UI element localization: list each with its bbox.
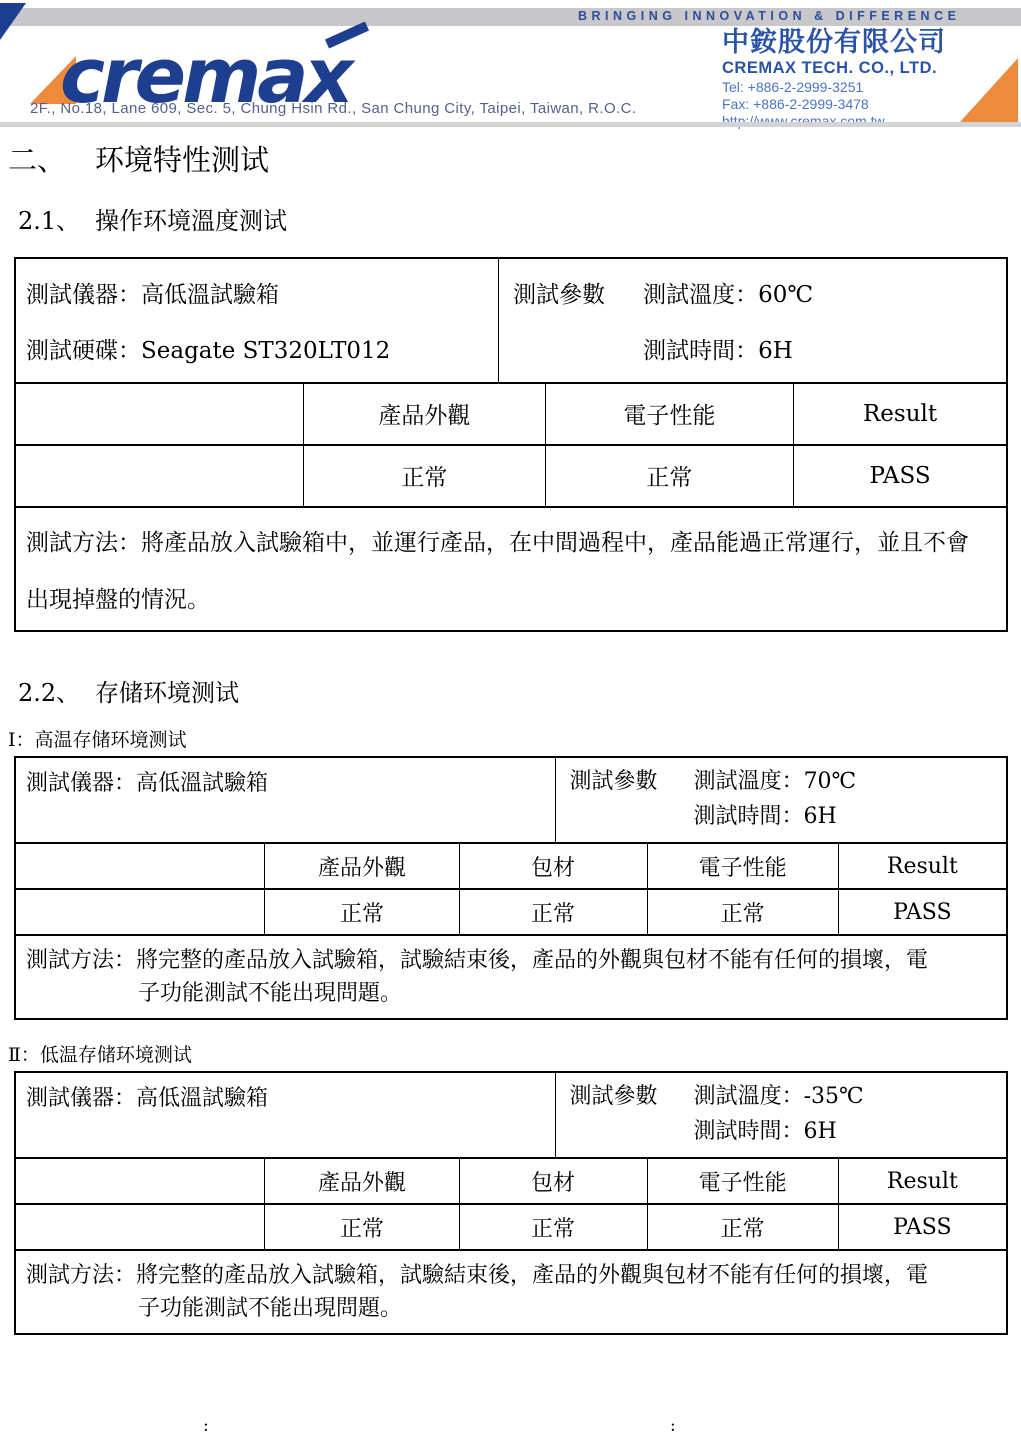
column-header: 產品外觀 <box>303 384 545 444</box>
spacer <box>658 1079 694 1114</box>
low-temp-storage-test-table: 測試儀器：高低溫試驗箱 測試參數 測試溫度：-35℃ 測試時間：6H 產品外觀 … <box>14 1071 1008 1335</box>
column-header: Result <box>793 384 1006 444</box>
table-result-row: 正常 正常 PASS <box>16 444 1006 506</box>
empty-cell <box>16 446 303 506</box>
footer-colon-mark: : <box>203 1416 209 1436</box>
result-value: 正常 <box>647 890 838 934</box>
table-result-row: 正常 正常 正常 PASS <box>16 888 1006 934</box>
test-instrument: 測試儀器：高低溫試驗箱 <box>26 766 547 797</box>
instrument-cell: 測試儀器：高低溫試驗箱 <box>16 758 555 842</box>
table-header-row: 產品外觀 包材 電子性能 Result <box>16 842 1006 888</box>
company-tel: Tel: +886-2-2999-3251 <box>722 79 946 95</box>
result-value: PASS <box>838 1205 1006 1249</box>
test-method-cell: 測試方法：將產品放入試驗箱中，並運行產品，在中間過程中，產品能過正常運行，並且不… <box>16 506 1006 630</box>
header-orange-triangle <box>960 58 1018 122</box>
company-fax: Fax: +886-2-2999-3478 <box>722 96 946 112</box>
letterhead: BRINGING INNOVATION & DIFFERENCE cremax … <box>0 0 1021 128</box>
result-value: 正常 <box>264 890 458 934</box>
subsection-low-temp-storage: Ⅱ：低温存储环境测试 <box>8 1040 1008 1067</box>
method-line: 測試方法：將產品放入試驗箱中，並運行產品，在中間過程中，產品能過正常運行，並且不… <box>26 524 996 557</box>
column-header: 產品外觀 <box>264 844 458 888</box>
empty-cell <box>16 1159 264 1203</box>
test-params-cell: 測試參數 測試溫度：70℃ 測試時間：6H <box>555 758 1006 842</box>
spacer <box>605 276 643 309</box>
test-params-cell: 測試參數 測試溫度：-35℃ 測試時間：6H <box>555 1073 1006 1157</box>
spacer <box>658 764 694 799</box>
table-row: 測試儀器：高低溫試驗箱 測試硬碟：Seagate ST320LT012 測試參數… <box>16 259 1006 382</box>
test-instrument: 測試儀器：高低溫試驗箱 <box>26 276 490 309</box>
table-header-row: 產品外觀 包材 電子性能 Result <box>16 1157 1006 1203</box>
subsection-high-temp-storage: Ⅰ：高温存储环境测试 <box>8 725 1008 752</box>
company-block: 中銨股份有限公司 CREMAX TECH. CO., LTD. Tel: +88… <box>722 29 946 129</box>
column-header: 電子性能 <box>545 384 793 444</box>
company-name-cn: 中銨股份有限公司 <box>722 29 946 56</box>
test-instrument: 測試儀器：高低溫試驗箱 <box>26 1081 547 1112</box>
header-bottom-strip <box>0 122 1021 127</box>
test-duration: 測試時間：6H <box>643 332 998 365</box>
empty-cell <box>16 890 264 934</box>
section-title-text: 环境特性测试 <box>95 142 269 180</box>
test-method-cell: 測試方法：將完整的產品放入試驗箱，試驗結束後，產品的外觀與包材不能有任何的損壞，… <box>16 1249 1006 1333</box>
test-params-cell: 測試參數 測試溫度：60℃ 測試時間：6H <box>498 259 1006 382</box>
param-line: 測試參數 測試溫度：60℃ <box>513 276 998 309</box>
company-tagline: BRINGING INNOVATION & DIFFERENCE <box>578 9 960 23</box>
section-title-operating-temp: 2.1、 操作环境溫度测试 <box>18 206 1008 237</box>
column-header: Result <box>838 1159 1006 1203</box>
method-line: 測試方法：將完整的產品放入試驗箱，試驗結束後，產品的外觀與包材不能有任何的損壞，… <box>26 944 996 977</box>
company-name-en: CREMAX TECH. CO., LTD. <box>722 59 946 78</box>
column-header: 電子性能 <box>647 844 838 888</box>
method-line: 子功能測試不能出現問題。 <box>138 1292 996 1325</box>
column-header: 包材 <box>459 1159 647 1203</box>
operating-temp-test-table: 測試儀器：高低溫試驗箱 測試硬碟：Seagate ST320LT012 測試參數… <box>14 257 1008 632</box>
section-number: 2.2、 <box>18 678 95 709</box>
result-value: 正常 <box>264 1205 458 1249</box>
column-header: Result <box>838 844 1006 888</box>
high-temp-storage-test-table: 測試儀器：高低溫試驗箱 測試參數 測試溫度：70℃ 測試時間：6H 產品外觀 包… <box>14 756 1008 1020</box>
param-label: 測試參數 <box>570 1079 658 1114</box>
column-header: 產品外觀 <box>264 1159 458 1203</box>
result-value: 正常 <box>545 446 793 506</box>
section-title-storage-tests: 2.2、 存储环境测试 <box>18 678 1008 709</box>
column-header: 包材 <box>459 844 647 888</box>
table-result-row: 正常 正常 正常 PASS <box>16 1203 1006 1249</box>
test-temperature: 測試溫度：70℃ <box>694 764 857 799</box>
empty-cell <box>16 1205 264 1249</box>
section-title-text: 存储环境测试 <box>95 678 239 709</box>
param-line: 測試參數 測試溫度：70℃ <box>570 764 998 799</box>
param-label: 測試參數 <box>513 276 605 309</box>
company-address: 2F., No.18, Lane 609, Sec. 5, Chung Hsin… <box>30 100 636 117</box>
method-line: 子功能測試不能出現問題。 <box>138 977 996 1010</box>
test-disk: 測試硬碟：Seagate ST320LT012 <box>26 332 490 365</box>
method-line: 測試方法：將完整的產品放入試驗箱，試驗結束後，產品的外觀與包材不能有任何的損壞，… <box>26 1259 996 1292</box>
result-value: 正常 <box>647 1205 838 1249</box>
table-row: 測試儀器：高低溫試驗箱 測試參數 測試溫度：70℃ 測試時間：6H <box>16 758 1006 842</box>
column-header: 電子性能 <box>647 1159 838 1203</box>
section-number: 二、 <box>8 142 95 180</box>
result-value: 正常 <box>459 890 647 934</box>
test-temperature: 測試溫度：60℃ <box>643 276 813 309</box>
param-label: 測試參數 <box>570 764 658 799</box>
section-title-environment-tests: 二、 环境特性测试 <box>8 142 1008 180</box>
method-line: 出現掉盤的情況。 <box>26 581 996 614</box>
test-method-cell: 測試方法：將完整的產品放入試驗箱，試驗結束後，產品的外觀與包材不能有任何的損壞，… <box>16 934 1006 1018</box>
result-value: PASS <box>793 446 1006 506</box>
test-duration: 測試時間：6H <box>694 1114 998 1149</box>
table-header-row: 產品外觀 電子性能 Result <box>16 382 1006 444</box>
section-title-text: 操作环境溫度测试 <box>95 206 287 237</box>
test-duration: 測試時間：6H <box>694 799 998 834</box>
instrument-cell: 測試儀器：高低溫試驗箱 測試硬碟：Seagate ST320LT012 <box>16 259 498 382</box>
empty-cell <box>16 384 303 444</box>
result-value: 正常 <box>459 1205 647 1249</box>
param-line: 測試參數 測試溫度：-35℃ <box>570 1079 998 1114</box>
table-row: 測試儀器：高低溫試驗箱 測試參數 測試溫度：-35℃ 測試時間：6H <box>16 1073 1006 1157</box>
test-temperature: 測試溫度：-35℃ <box>694 1079 864 1114</box>
result-value: PASS <box>838 890 1006 934</box>
empty-cell <box>16 844 264 888</box>
footer-colon-mark: : <box>670 1416 676 1436</box>
instrument-cell: 測試儀器：高低溫試驗箱 <box>16 1073 555 1157</box>
document-body: 二、 环境特性测试 2.1、 操作环境溫度测试 測試儀器：高低溫試驗箱 測試硬碟… <box>14 142 1008 1335</box>
result-value: 正常 <box>303 446 545 506</box>
section-number: 2.1、 <box>18 206 95 237</box>
